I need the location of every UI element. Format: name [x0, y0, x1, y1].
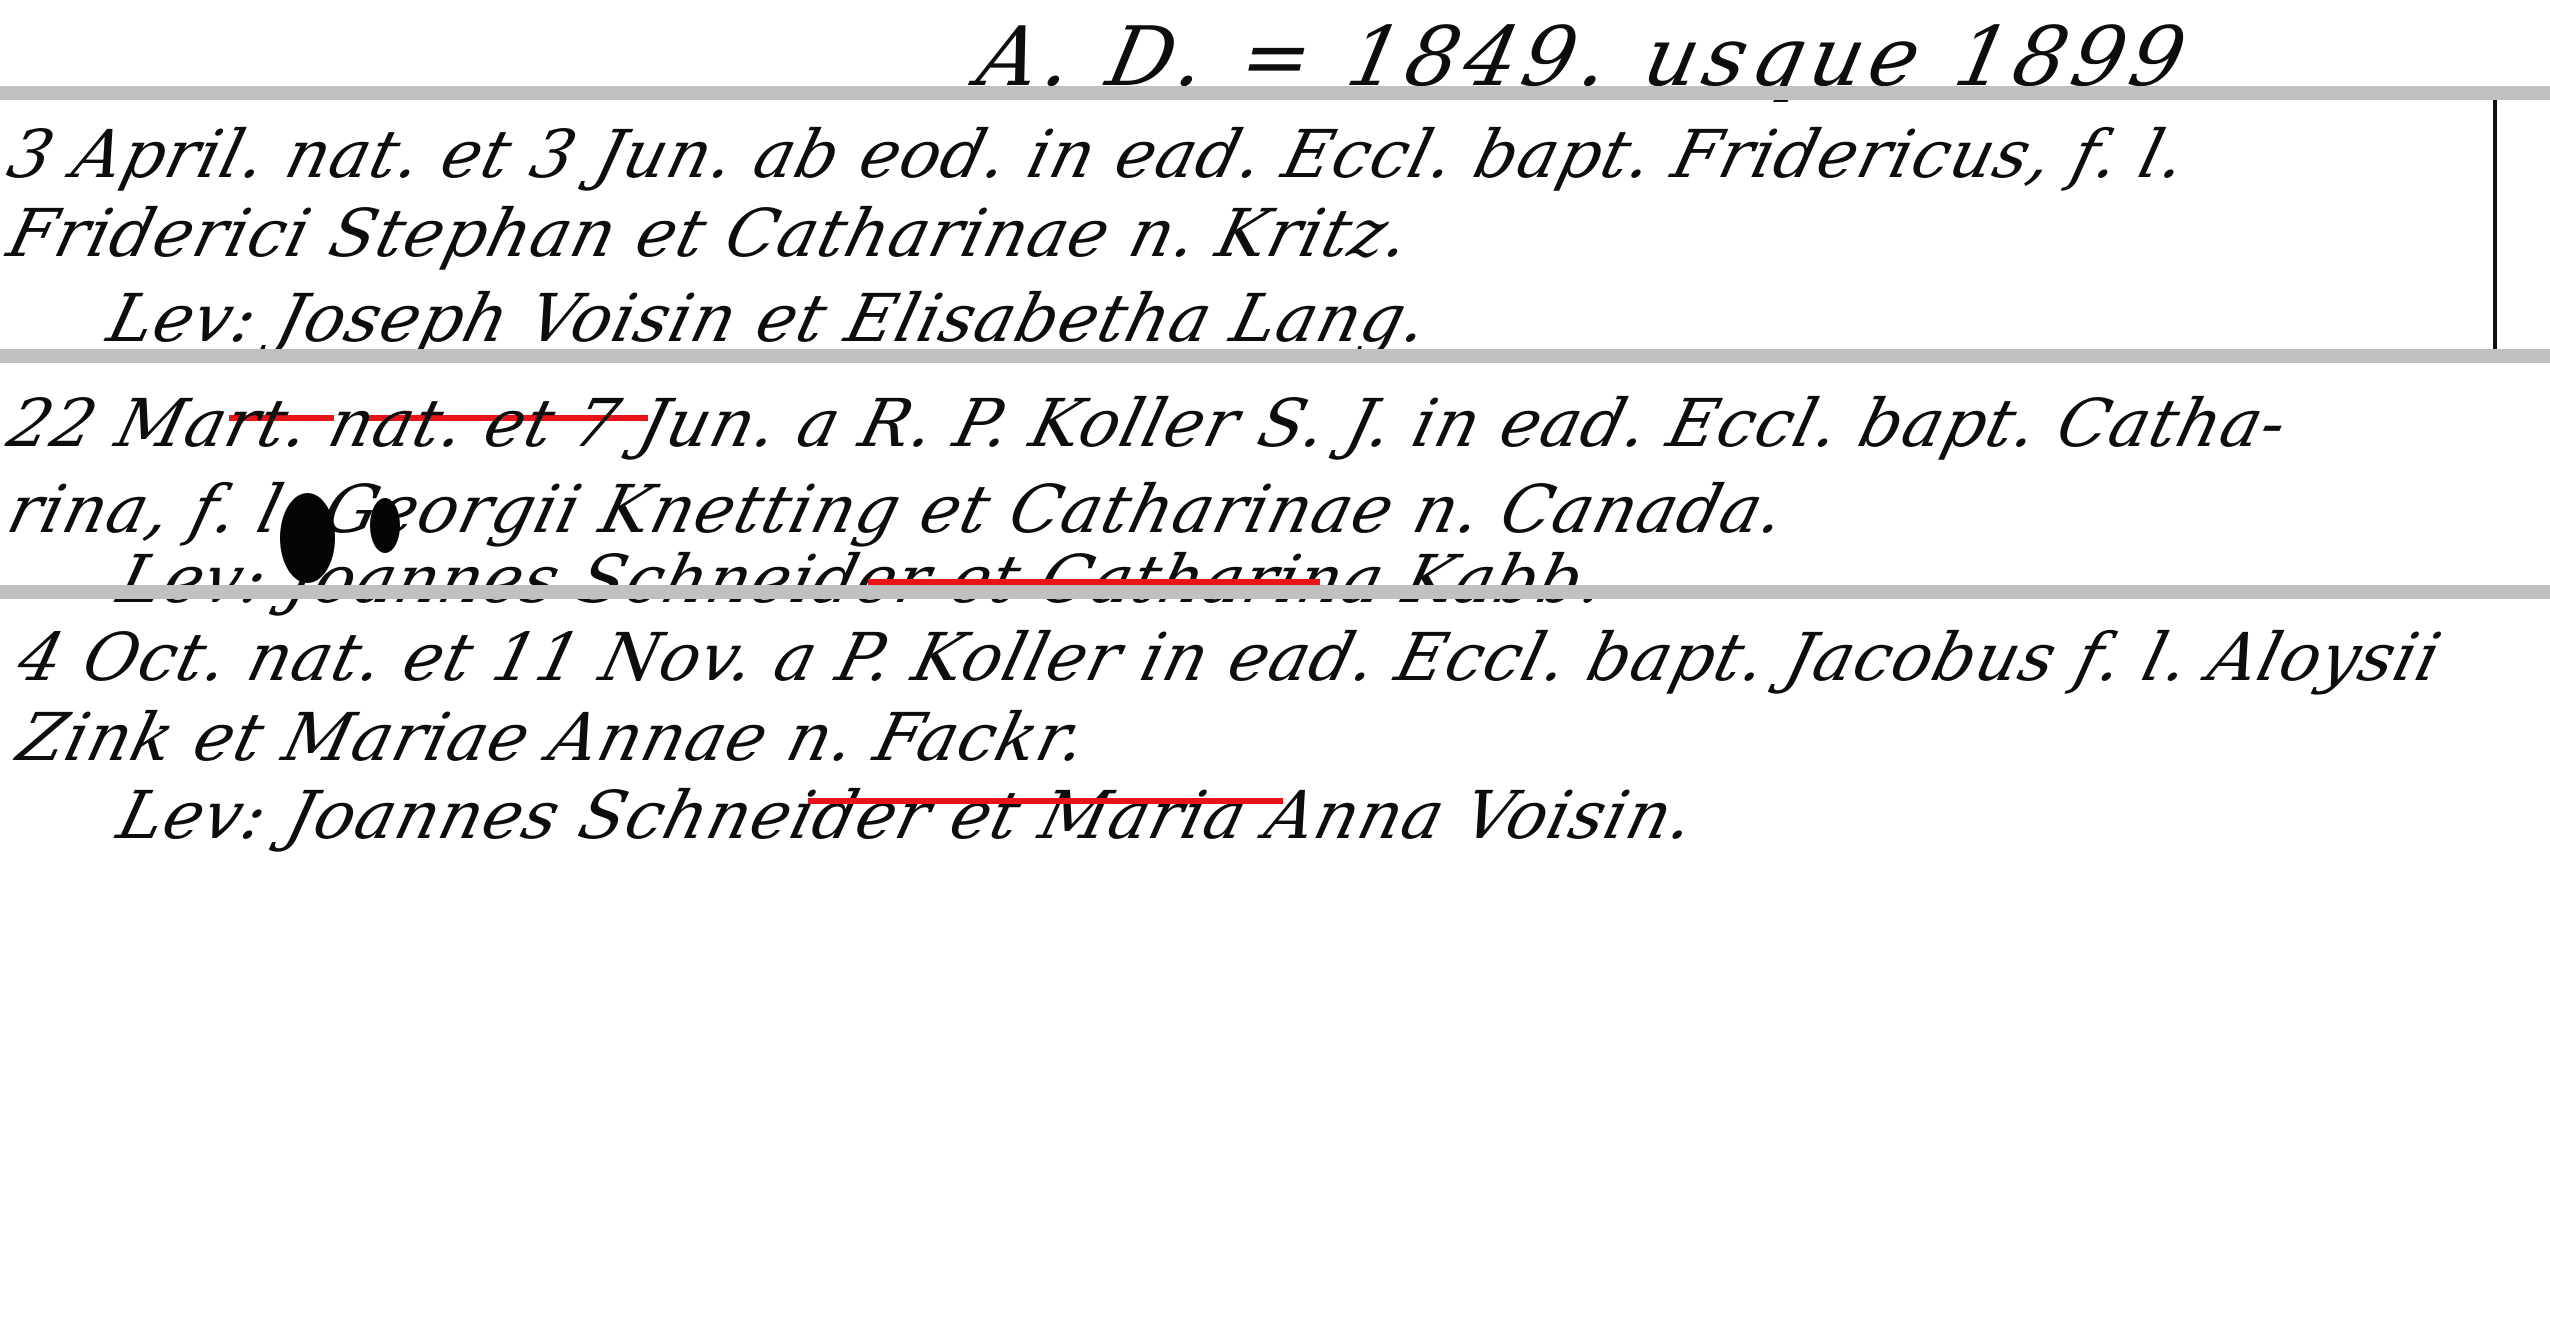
separator-band: [0, 585, 2550, 599]
margin-rule: [2493, 100, 2497, 350]
entry-line: 3 April. nat. et 3 Jun. ab eod. in ead. …: [0, 116, 2194, 193]
entry-line: rina, f. l. Georgii Knetting et Catharin…: [0, 471, 1793, 548]
record-entry-3: 4 Oct. nat. et 11 Nov. a P. Koller in ea…: [0, 599, 2550, 1317]
ink-blot: [370, 498, 400, 553]
entry-line-godparents: Lev: Joseph Voisin et Elisabetha Lang.: [100, 280, 1436, 357]
record-entry-2: 22 Mart. nat. et 7 Jun. a R. P. Koller S…: [0, 363, 2550, 583]
ink-blot: [280, 493, 335, 583]
entry-line: 22 Mart. nat. et 7 Jun. a R. P. Koller S…: [0, 385, 2295, 462]
entry-line: 4 Oct. nat. et 11 Nov. a P. Koller in ea…: [10, 619, 2449, 696]
name-underline: [808, 798, 1283, 804]
separator-band: [0, 86, 2550, 100]
separator-band: [0, 349, 2550, 363]
entry-line-godparents: Lev: Joannes Schneider et Maria Anna Voi…: [110, 777, 1703, 854]
entry-line: Zink et Mariae Annae n. Fackr.: [10, 699, 1095, 776]
entry-line: Friderici Stephan et Catharinae n. Kritz…: [0, 195, 1418, 272]
